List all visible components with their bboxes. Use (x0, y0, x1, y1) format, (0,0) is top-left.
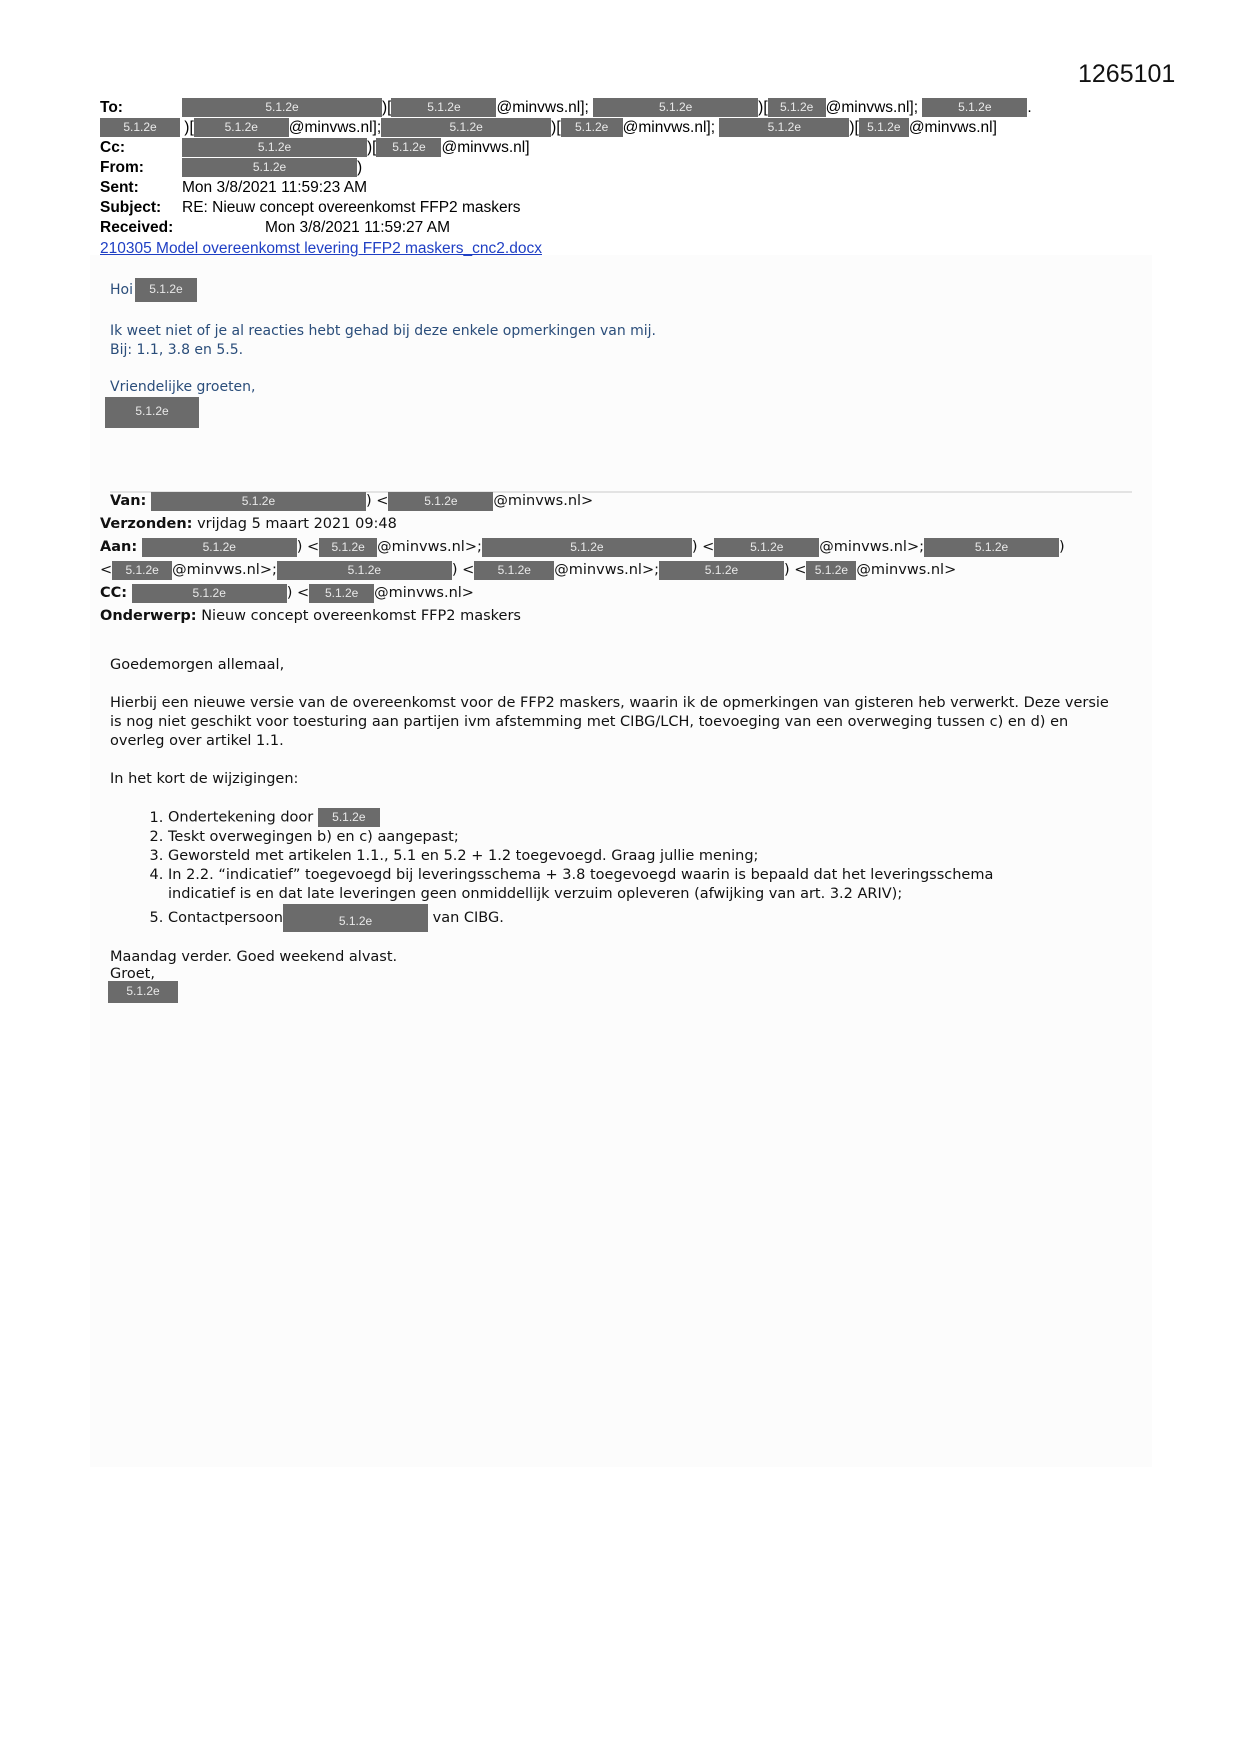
to-label: To: (100, 98, 182, 118)
cc-line: Cc:5.1.2e)[5.1.2e@minvws.nl] (100, 138, 530, 158)
attachment-link[interactable]: 210305 Model overeenkomst levering FFP2 … (100, 240, 542, 258)
redaction: 5.1.2e (142, 538, 297, 557)
redaction: 5.1.2e (151, 492, 366, 511)
redaction: 5.1.2e (132, 584, 287, 603)
redaction: 5.1.2e (381, 118, 551, 137)
redaction: 5.1.2e (391, 98, 496, 117)
list-item: Contactpersoon5.1.2e van CIBG. (168, 904, 1140, 932)
list-item: Geworsteld met artikelen 1.1., 5.1 en 5.… (168, 847, 1140, 866)
redaction: 5.1.2e (561, 118, 623, 137)
redaction: 5.1.2e (182, 98, 382, 117)
aan-line-2: <5.1.2e@minvws.nl>;5.1.2e) <5.1.2e@minvw… (100, 559, 956, 582)
redaction: 5.1.2e (100, 118, 180, 137)
redaction: 5.1.2e (108, 981, 178, 1003)
van-line: Van: 5.1.2e) <5.1.2e@minvws.nl> (110, 490, 593, 513)
redaction: 5.1.2e (105, 397, 199, 428)
redaction: 5.1.2e (318, 808, 380, 827)
sent-line: Sent:Mon 3/8/2021 11:59:23 AM (100, 178, 367, 198)
redaction: 5.1.2e (277, 561, 452, 580)
redaction: 5.1.2e (112, 561, 172, 580)
redaction: 5.1.2e (319, 538, 377, 557)
subject-line: Subject:RE: Nieuw concept overeenkomst F… (100, 198, 521, 218)
redaction: 5.1.2e (182, 138, 367, 157)
redaction: 5.1.2e (283, 904, 428, 932)
redaction: 5.1.2e (482, 538, 692, 557)
redaction: 5.1.2e (135, 278, 197, 302)
document-number: 1265101 (1078, 60, 1175, 89)
redaction: 5.1.2e (922, 98, 1027, 117)
redaction: 5.1.2e (376, 138, 441, 157)
redaction: 5.1.2e (194, 118, 289, 137)
list-item: Teskt overwegingen b) en c) aangepast; (168, 828, 1140, 847)
to-line-2: 5.1.2e )[5.1.2e@minvws.nl];5.1.2e)[5.1.2… (100, 118, 997, 138)
onderwerp-line: Onderwerp: Nieuw concept overeenkomst FF… (100, 605, 521, 628)
redaction: 5.1.2e (806, 561, 856, 580)
redaction: 5.1.2e (714, 538, 819, 557)
redaction: 5.1.2e (659, 561, 784, 580)
redaction: 5.1.2e (593, 98, 758, 117)
redaction: 5.1.2e (719, 118, 849, 137)
redaction: 5.1.2e (182, 158, 357, 177)
changes-list: Ondertekening door 5.1.2e Teskt overwegi… (110, 808, 1140, 932)
redaction: 5.1.2e (859, 118, 909, 137)
redaction: 5.1.2e (309, 584, 374, 603)
from-line: From:5.1.2e) (100, 158, 362, 178)
list-item: Ondertekening door 5.1.2e (168, 808, 1140, 828)
verzonden-line: Verzonden: vrijdag 5 maart 2021 09:48 (100, 513, 397, 536)
redaction: 5.1.2e (474, 561, 554, 580)
redaction: 5.1.2e (388, 492, 493, 511)
reply-message: Hoi5.1.2e Ik weet niet of je al reacties… (110, 278, 656, 428)
original-message-body: Goedemorgen allemaal, Hierbij een nieuwe… (110, 656, 1140, 1003)
aan-line: Aan: 5.1.2e) <5.1.2e@minvws.nl>;5.1.2e) … (100, 536, 1065, 559)
cc-line-original: CC: 5.1.2e) <5.1.2e@minvws.nl> (100, 582, 474, 605)
list-item: In 2.2. “indicatief” toegevoegd bij leve… (168, 866, 1048, 904)
to-line: To:5.1.2e)[5.1.2e@minvws.nl]; 5.1.2e)[5.… (100, 98, 1032, 118)
received-line: Received:Mon 3/8/2021 11:59:27 AM (100, 218, 450, 238)
redaction: 5.1.2e (924, 538, 1059, 557)
redaction: 5.1.2e (768, 98, 826, 117)
